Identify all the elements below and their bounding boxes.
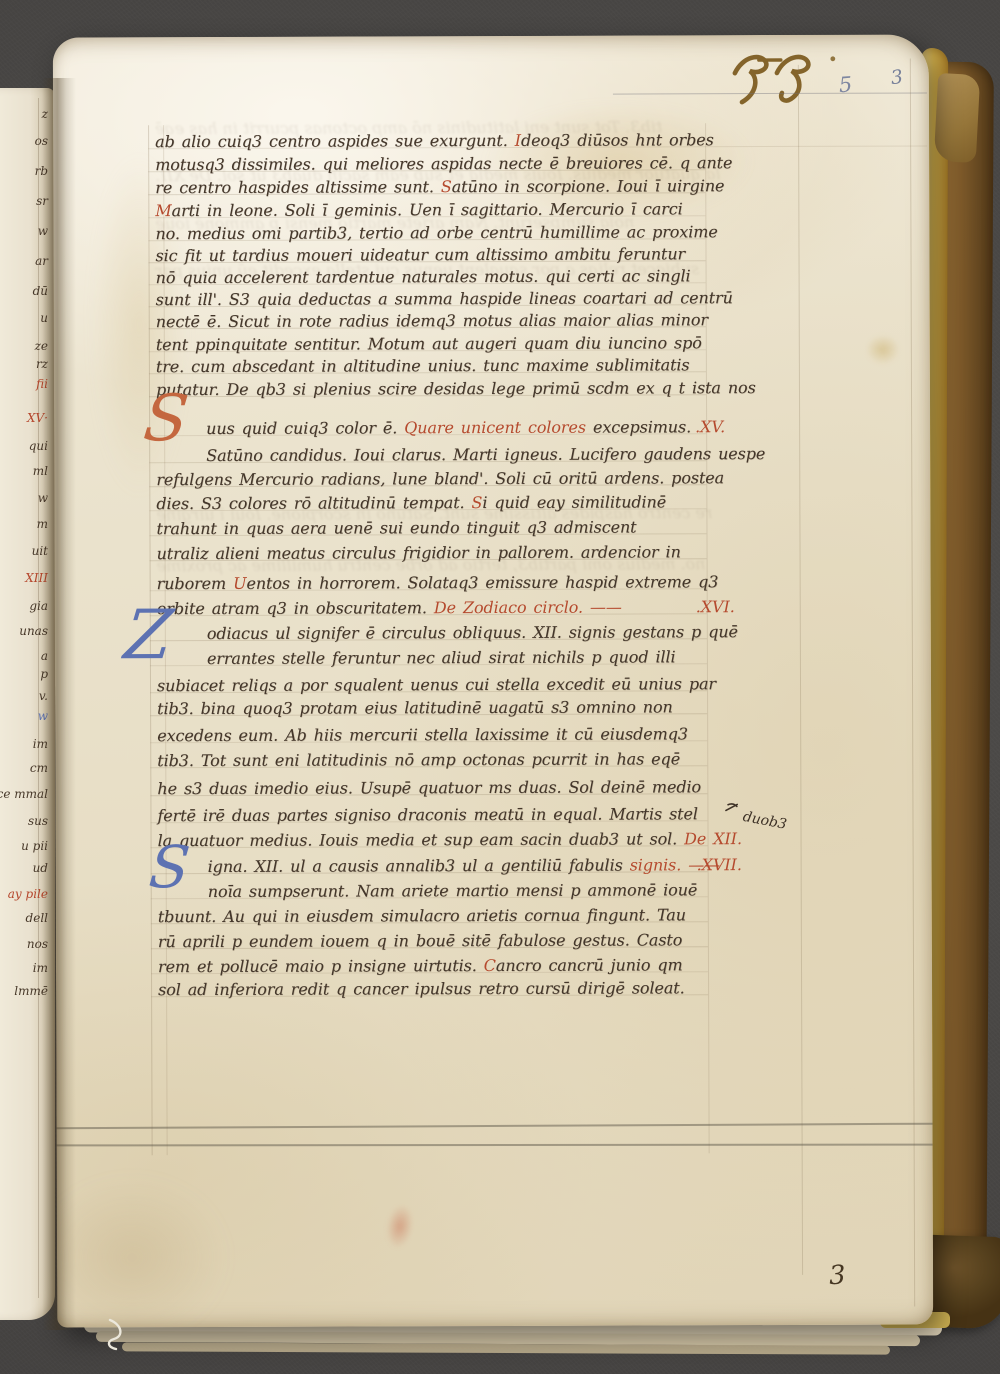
body-text: la quatuor medius. Iouis media et sup ea…	[158, 829, 685, 850]
text-line: rū aprili p eundem iouem q in bouē sitē …	[158, 932, 682, 950]
drop-cap: S	[147, 841, 192, 893]
page-fragment: sus	[28, 815, 48, 827]
rubric-text: De Zodiaco circlo. ——	[434, 598, 622, 618]
text-line: refulgens Mercurio radians, lune bland'.…	[156, 470, 724, 488]
body-text: entos in horrorem. Solataq3 emissure has…	[246, 572, 718, 593]
text-line: tib3. bina quoq3 protam eius latitudinē …	[157, 699, 673, 717]
body-text: nectē ē. Sicut in rote radius idemq3 mot…	[156, 310, 708, 331]
text-line: Satūno candidus. Ioui clarus. Marti igne…	[206, 446, 765, 464]
body-text: he s3 duas imedio eius. Usupē quatuor ms…	[157, 777, 701, 798]
body-text: motusq3 dissimiles. qui meliores aspidas…	[155, 153, 732, 174]
body-text: dies. S3 colores rō altitudinū tempat.	[156, 493, 471, 513]
text-line: ab alio cuiq3 centro aspides sue exurgun…	[155, 132, 714, 150]
rubric-text: M	[155, 201, 171, 220]
manuscript-page: 5 3 duob3 3 tib3. Tot sunt eni latitudin…	[53, 34, 933, 1327]
page-fragment: im	[33, 738, 48, 750]
page-fragment: z	[42, 108, 48, 120]
chapter-number: .XVI.	[696, 599, 735, 615]
page-fragment: fii	[36, 378, 48, 390]
text-line: rem et pollucē maio p insigne uirtutis. …	[158, 957, 683, 975]
text-line: dies. S3 colores rō altitudinū tempat. S…	[156, 494, 666, 512]
text-line: sunt ill'. S3 quia deductas a summa hasp…	[156, 290, 733, 308]
page-fragment: unas	[19, 625, 48, 637]
text-line: no. medius omi partib3, tertio ad orbe c…	[155, 224, 717, 242]
body-text: rem et pollucē maio p insigne uirtutis.	[158, 956, 484, 976]
page-fragment: v.	[39, 690, 48, 702]
page-fragment: w	[38, 225, 48, 237]
page-fragment: os	[35, 135, 48, 147]
page-fragment: XV·	[27, 412, 48, 424]
body-text: tbuunt. Au qui in eiusdem simulacro arie…	[158, 905, 686, 926]
page-fragment: p	[40, 668, 48, 680]
ruled-line-vertical	[910, 59, 915, 1307]
pencil-folio-3: 3	[890, 68, 904, 88]
page-fragment: nos	[27, 938, 48, 950]
body-text: sunt ill'. S3 quia deductas a summa hasp…	[156, 288, 733, 309]
body-text: subiacet reliqs a por squalent uenus cui…	[157, 674, 716, 695]
text-line: noīa sumpserunt. Nam ariete martio mensi…	[208, 882, 698, 900]
text-line: nō quia accelerent tardentue naturales m…	[156, 268, 691, 286]
body-text: no. medius omi partib3, tertio ad orbe c…	[155, 222, 717, 243]
page-fragment: im	[33, 962, 48, 974]
text-line: fertē irē duas partes signiso draconis m…	[157, 806, 697, 824]
page-fragment: uit	[32, 545, 48, 557]
body-text: orbite atram q3 in obscuritatem.	[157, 598, 434, 618]
body-text: Satūno candidus. Ioui clarus. Marti igne…	[206, 444, 765, 465]
body-text: rū aprili p eundem iouem q in bouē sitē …	[158, 930, 682, 951]
body-text: arti in leone. Soli ī geminis. Uen ī sag…	[172, 199, 683, 220]
text-line: errantes stelle feruntur nec aliud sirat…	[207, 649, 676, 667]
rubric-text: Quare unicent colores	[404, 418, 593, 438]
body-text: igna. XII. ul a causis annalib3 ul a gen…	[208, 856, 630, 876]
ruled-line-vertical	[798, 65, 803, 1275]
rubric-text: S	[441, 177, 452, 196]
turned-leaf-corner	[934, 73, 981, 163]
page-fragment: u pii	[21, 840, 48, 852]
photo-backdrop: zosrbsrwardūuzerzfiiXV·quimlwmuitXIIIgia…	[0, 0, 1000, 1374]
page-fragment: m	[37, 518, 48, 530]
text-line: tent ppinquitate sentitur. Motum aut aug…	[156, 335, 702, 353]
page-fragment: dell	[26, 912, 48, 924]
margin-note: duob3	[722, 799, 789, 832]
page-fragment: ce mmal	[0, 788, 48, 800]
rubric-text: S	[471, 493, 482, 512]
body-text: ab alio cuiq3 centro aspides sue exurgun…	[155, 131, 515, 151]
body-text: fertē irē duas partes signiso draconis m…	[157, 804, 697, 825]
text-line: igna. XII. ul a causis annalib3 ul a gen…	[208, 857, 720, 875]
text-line: trahunt in quas aera uenē sui eundo ting…	[156, 519, 636, 537]
text-line: nectē ē. Sicut in rote radius idemq3 mot…	[156, 312, 708, 330]
facing-page-sliver: zosrbsrwardūuzerzfiiXV·quimlwmuitXIIIgia…	[0, 88, 55, 1320]
text-line: Marti in leone. Soli ī geminis. Uen ī sa…	[155, 201, 682, 219]
body-text: noīa sumpserunt. Nam ariete martio mensi…	[208, 880, 698, 901]
parchment-stain	[383, 1202, 416, 1250]
page-fragment: sr	[36, 195, 48, 207]
text-line: sol ad inferiora redit q cancer ipulsus …	[158, 980, 685, 998]
text-line: motusq3 dissimiles. qui meliores aspidas…	[155, 155, 732, 173]
quire-mark-icon	[729, 47, 853, 113]
body-text: uus quid cuiq3 color ē.	[206, 418, 404, 438]
page-fragment: ml	[33, 465, 48, 477]
page-fragment: lmmē	[14, 985, 48, 997]
page-fragment: ud	[33, 862, 48, 874]
insertion-mark-icon	[723, 799, 739, 815]
chapter-number: .XVII.	[697, 857, 742, 873]
text-line: ruborem Uentos in horrorem. Solataq3 emi…	[157, 574, 719, 592]
body-text: deoq3 diūsos hnt orbes	[521, 130, 714, 150]
parchment-stain	[866, 335, 900, 365]
page-fragment: rb	[35, 165, 48, 177]
body-text: re centro haspides altissime sunt.	[155, 177, 441, 197]
text-line: la quatuor medius. Iouis media et sup ea…	[158, 831, 742, 849]
drop-cap: Z	[122, 605, 175, 666]
text-line: sic fit ut tardius moueri uideatur cum a…	[155, 246, 685, 264]
text-line: tre. cum abscedant in altitudine unius. …	[156, 357, 690, 375]
text-line: putatur. De qb3 si plenius scire desidas…	[156, 380, 756, 398]
text-line: re centro haspides altissime sunt. Satūn…	[155, 178, 724, 196]
body-text: tib3. Tot sunt eni latitudinis nō amp oc…	[157, 749, 680, 770]
body-text: excepsimus.	[593, 417, 691, 436]
page-fragment: rz	[36, 358, 48, 370]
text-line: odiacus ul signifer ē circulus obliquus.…	[207, 624, 738, 642]
body-text: utraliz alieni meatus circulus frigidior…	[157, 542, 681, 563]
text-line: uus quid cuiq3 color ē. Quare unicent co…	[206, 419, 691, 437]
body-text: excedens eum. Ab hiis mercurii stella la…	[157, 724, 688, 745]
rubric-text: De XII.	[684, 829, 742, 848]
page-fragment: w	[38, 710, 48, 722]
margin-note-text: duob3	[742, 809, 788, 833]
body-text: ruborem	[157, 574, 233, 593]
body-text: nō quia accelerent tardentue naturales m…	[156, 266, 691, 287]
text-line: he s3 duas imedio eius. Usupē quatuor ms…	[157, 779, 701, 797]
text-line: utraliz alieni meatus circulus frigidior…	[157, 544, 681, 562]
body-text: sol ad inferiora redit q cancer ipulsus …	[158, 978, 685, 999]
rubric-text: U	[233, 574, 246, 593]
body-text: errantes stelle feruntur nec aliud sirat…	[207, 647, 676, 668]
text-line: tbuunt. Au qui in eiusdem simulacro arie…	[158, 907, 686, 925]
body-text: ancro cancrū junio qm	[496, 955, 683, 975]
sewing-thread-icon	[104, 1318, 134, 1352]
body-text: trahunt in quas aera uenē sui eundo ting…	[156, 517, 636, 538]
body-text: tib3. bina quoq3 protam eius latitudinē …	[157, 697, 673, 718]
body-text: refulgens Mercurio radians, lune bland'.…	[156, 468, 724, 489]
page-fragment: ze	[35, 340, 48, 352]
parchment-stain	[53, 1177, 228, 1328]
rubric-text: C	[484, 956, 496, 975]
page-fragment: XIII	[25, 572, 48, 584]
chapter-number: .XV.	[695, 419, 725, 435]
text-line: excedens eum. Ab hiis mercurii stella la…	[157, 726, 688, 744]
body-text: tent ppinquitate sentitur. Motum aut aug…	[156, 333, 702, 354]
body-text: sic fit ut tardius moueri uideatur cum a…	[155, 244, 685, 265]
page-fragment: gia	[29, 600, 48, 612]
body-text: odiacus ul signifer ē circulus obliquus.…	[207, 622, 738, 643]
body-text: i quid eay similitudinē	[482, 492, 666, 512]
page-fragment: qui	[29, 440, 48, 452]
body-text: putatur. De qb3 si plenius scire desidas…	[156, 378, 756, 399]
body-text: atūno in scorpione. Ioui ī uirgine	[452, 176, 725, 196]
page-fragment: ar	[35, 255, 48, 267]
page-fragment: a	[41, 650, 48, 662]
page-fragment: w	[38, 492, 48, 504]
ink-folio-number: 3	[828, 1262, 846, 1289]
page-fragment: dū	[33, 285, 48, 297]
drop-cap: S	[141, 391, 191, 449]
body-text: tre. cum abscedant in altitudine unius. …	[156, 355, 690, 376]
text-line: subiacet reliqs a por squalent uenus cui…	[157, 676, 716, 694]
page-fragment: u	[40, 312, 48, 324]
page-fragment: cm	[30, 762, 48, 774]
text-line: tib3. Tot sunt eni latitudinis nō amp oc…	[157, 751, 680, 769]
page-fragment: ay pile	[8, 888, 48, 900]
text-line: orbite atram q3 in obscuritatem. De Zodi…	[157, 600, 622, 618]
